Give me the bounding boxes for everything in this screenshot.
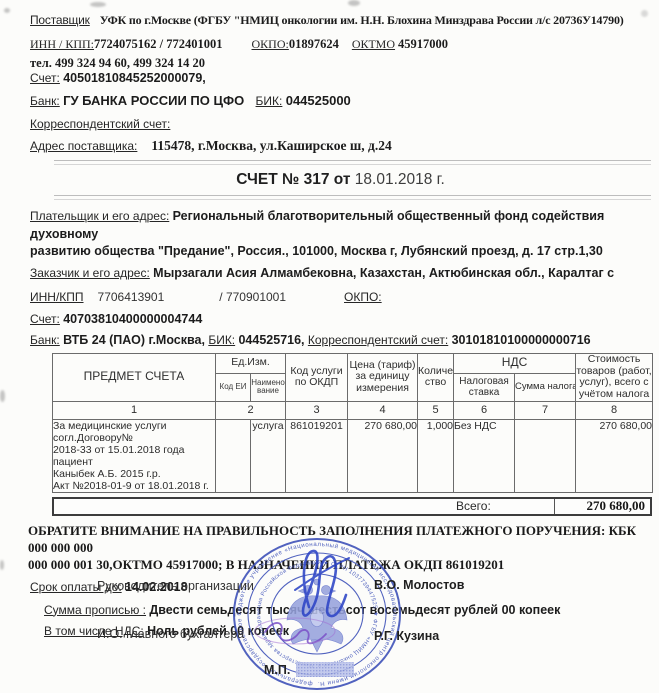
scan-artifact	[0, 390, 5, 402]
account-value: 40501810845252000079,	[63, 71, 206, 85]
inn-kpp-label: ИНН / КПП:	[30, 37, 94, 51]
invoice-number: СЧЕТ № 317 от	[236, 171, 350, 188]
amount-words-label: Сумма прописью :	[44, 603, 146, 617]
okpo-label: ОКПО:	[252, 37, 289, 51]
scanned-invoice-document: { "supplier": { "label": "Поставщик", "n…	[0, 0, 659, 693]
col-num-7: 7	[515, 401, 576, 419]
supplier-account-line: Счет: 40501810845252000079,	[30, 71, 651, 86]
supplier-inn-line: ИНН / КПП:7724075162 / 772401001 ОКПО:01…	[30, 36, 651, 52]
scan-artifact	[0, 560, 4, 570]
invoice-date: 18.01.2018 г.	[355, 171, 445, 188]
supplier-address-label: Адрес поставщика:	[30, 139, 137, 153]
table-row: За медицинские услуги согл.Договору№ 201…	[53, 419, 653, 492]
divider-bottom	[54, 195, 651, 200]
col-vat-sum-header: Сумма налога	[515, 373, 576, 401]
supplier-address-line: Адрес поставщика:115478, г.Москва, ул.Ка…	[30, 137, 651, 155]
okpo-value: 01897624	[289, 37, 339, 51]
eagle-emblem-icon	[287, 579, 347, 652]
col-qty-header: Количе ство	[418, 353, 454, 401]
payer-corr-value: 30101810100000000716	[452, 333, 591, 347]
col-vat-rate-header: Налоговая ставка	[454, 373, 515, 401]
oktmo-label: ОКТМО	[352, 37, 395, 51]
payer-account-line: Счет: 40703810400000004744	[30, 311, 651, 327]
supplier-bank-line: Банк: ГУ БАНКА РОССИИ ПО ЦФО БИК: 044525…	[30, 93, 651, 109]
col-unit-name-header: Наимено вание	[251, 373, 286, 401]
inn-kpp-value: 7724075162 / 772401001	[94, 37, 222, 51]
payer-kpp-value: / 770901001	[219, 290, 286, 304]
payer-inn-label: ИНН/КПП	[30, 290, 84, 304]
col-price-header: Цена (тариф) за единицу измерения	[348, 353, 418, 401]
payer-bank-line: Банк: ВТБ 24 (ПАО) г.Москва, БИК: 044525…	[30, 332, 651, 348]
corr-account-label: Корреспондентский счет:	[30, 117, 170, 131]
organization-round-stamp: федеральное государственное бюджетное уч…	[232, 538, 402, 693]
bik-label: БИК:	[256, 94, 283, 108]
supplier-corr-line: Корреспондентский счет:	[30, 116, 651, 132]
cell-qty: 1,000	[418, 419, 454, 492]
invoice-title: СЧЕТ № 317 от 18.01.2018 г.	[30, 170, 651, 190]
stamp-place-label: М.П.	[264, 663, 290, 677]
payer-inn-line: ИНН/КПП7706413901/ 770901001ОКПО:	[30, 289, 651, 305]
supplier-line: ПоставщикУФК по г.Москве (ФГБУ "НМИЦ онк…	[30, 12, 651, 28]
supplier-name: УФК по г.Москве (ФГБУ "НМИЦ онкологии им…	[100, 13, 624, 27]
col-num-8: 8	[576, 401, 653, 419]
accountant-name: Р.Г. Кузина	[374, 629, 439, 643]
customer-value: Мырзагали Асия Алмамбековна, Казахстан, …	[153, 266, 614, 280]
col-okdp-header: Код услуги по ОКДП	[286, 353, 348, 401]
scan-artifact	[641, 10, 648, 17]
payer-account-label: Счет:	[30, 312, 60, 326]
scan-artifact	[90, 2, 106, 7]
col-subject-header: ПРЕДМЕТ СЧЕТА	[53, 353, 216, 401]
scan-artifact	[4, 8, 10, 13]
accountant-label: И.О. главного бухгалтера	[97, 627, 244, 641]
payer-bik-value: 044525716,	[238, 333, 304, 347]
stamp-hatched-box	[296, 662, 354, 677]
col-unit-header: Ед.Изм.	[216, 353, 286, 373]
col-num-2: 2	[216, 401, 286, 419]
payer-account-value: 40703810400000004744	[63, 312, 202, 326]
bank-label: Банк:	[30, 94, 60, 108]
bank-value: ГУ БАНКА РОССИИ ПО ЦФО	[63, 93, 244, 108]
cell-okdp: 861019201	[286, 419, 348, 492]
col-num-5: 5	[418, 401, 454, 419]
bik-value: 044525000	[286, 93, 351, 108]
col-num-3: 3	[286, 401, 348, 419]
total-label: Всего:	[456, 499, 554, 513]
total-row: Всего: 270 680,00	[52, 497, 652, 516]
col-num-6: 6	[454, 401, 515, 419]
payer-inn-value: 7706413901	[98, 290, 165, 304]
payer-line: Плательщик и его адрес: Региональный бла…	[30, 208, 640, 261]
oktmo-value: 45917000	[398, 37, 448, 51]
items-table: ПРЕДМЕТ СЧЕТА Ед.Изм. Код услуги по ОКДП…	[52, 353, 653, 493]
supplier-phone: тел. 499 324 94 60, 499 324 14 20	[30, 56, 651, 71]
payer-corr-label: Корреспондентский счет:	[308, 333, 448, 347]
cell-vat-sum	[515, 419, 576, 492]
column-numbers-row: 1 2 3 4 5 6 7 8	[53, 401, 653, 419]
cell-unit-code	[216, 419, 251, 492]
cell-unit-name: услуга	[251, 419, 286, 492]
divider-top	[54, 160, 651, 165]
col-num-1: 1	[53, 401, 216, 419]
payer-bik-label: БИК:	[208, 333, 235, 347]
col-num-4: 4	[348, 401, 418, 419]
payer-okpo-label: ОКПО:	[344, 290, 382, 304]
supplier-address-value: 115478, г.Москва, ул.Каширское ш, д.24	[151, 138, 391, 153]
scan-artifact	[348, 0, 360, 6]
payer-bank-label: Банк:	[30, 333, 60, 347]
customer-line: Заказчик и его адрес: Мырзагали Асия Алм…	[30, 265, 651, 282]
customer-label: Заказчик и его адрес:	[30, 266, 150, 280]
col-vat-header: НДС	[454, 353, 576, 373]
payer-label: Плательщик и его адрес:	[30, 209, 169, 223]
head-of-org-label: Руководитель организации	[97, 579, 254, 593]
cell-vat-rate: Без НДС	[454, 419, 515, 492]
supplier-label: Поставщик	[30, 13, 90, 27]
total-value: 270 680,00	[554, 499, 650, 514]
payer-bank-value: ВТБ 24 (ПАО) г.Москва,	[63, 333, 205, 347]
head-of-org-name: В.О. Молостов	[374, 578, 464, 592]
cell-cost: 270 680,00	[576, 419, 653, 492]
cell-price: 270 680,00	[348, 419, 418, 492]
cell-subject: За медицинские услуги согл.Договору№ 201…	[53, 419, 216, 492]
account-label: Счет:	[30, 71, 60, 85]
col-unit-code-header: Код ЕИ	[216, 373, 251, 401]
col-cost-header: Стоимость товаров (работ, услуг), всего …	[576, 353, 653, 401]
